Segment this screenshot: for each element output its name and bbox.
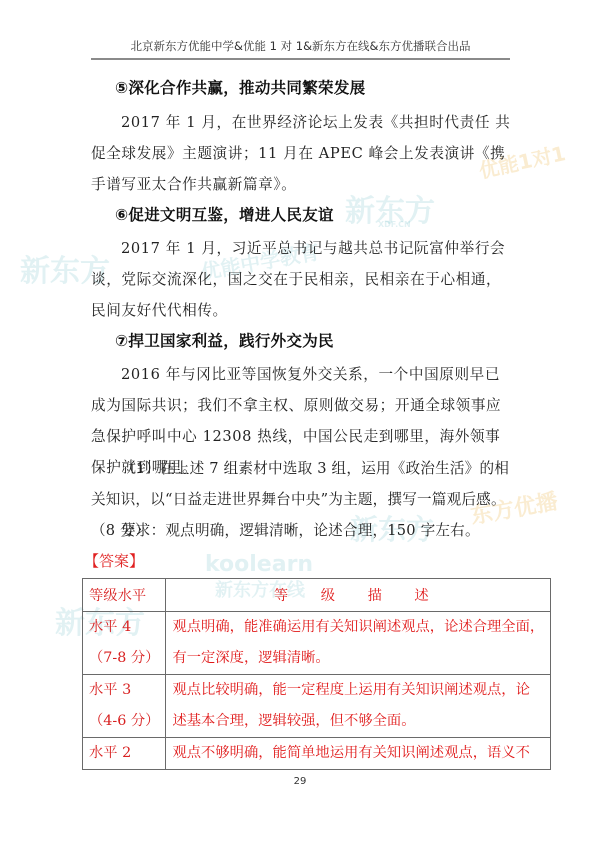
description-cell: 观点明确，能准确运用有关知识阐述观点，论述合理全面， 有一定深度，逻辑清晰。	[166, 612, 551, 675]
section-heading-7: ⑦捍卫国家利益，践行外交为民	[115, 329, 334, 351]
level-name: 水平 4	[89, 612, 159, 643]
header-level: 等级水平	[83, 579, 166, 612]
level-score: （7-8 分）	[89, 643, 159, 674]
table-row: 水平 4 （7-8 分） 观点明确，能准确运用有关知识阐述观点，论述合理全面， …	[83, 612, 551, 675]
description-line: 观点明确，能准确运用有关知识阐述观点，论述合理全面，	[172, 612, 544, 643]
level-name: 水平 2	[89, 738, 159, 769]
description-line: 有一定深度，逻辑清晰。	[172, 643, 544, 674]
section-body-5: 2017 年 1 月，在世界经济论坛上发表《共担时代责任 共促全球发展》主题演讲…	[91, 107, 515, 200]
grading-table: 等级水平 等 级 描 述 水平 4 （7-8 分） 观点明确，能准确运用有关知识…	[82, 578, 551, 770]
level-name: 水平 3	[89, 675, 159, 706]
level-cell: 水平 3 （4-6 分）	[83, 675, 166, 738]
description-line: 观点不够明确，能简单地运用有关知识阐述观点，语义不	[172, 738, 544, 769]
description-line: 观点比较明确，能一定程度上运用有关知识阐述观点，论	[172, 675, 544, 706]
watermark-xdf-cn: XDF.CN	[378, 220, 411, 229]
section-body-6: 2017 年 1 月，习近平总书记与越共总书记阮富仲举行会谈，党际交流深化，国之…	[91, 233, 515, 326]
level-score: （4-6 分）	[89, 706, 159, 737]
section-heading-5: ⑤深化合作共赢，推动共同繁荣发展	[115, 76, 365, 98]
table-row: 水平 2 观点不够明确，能简单地运用有关知识阐述观点，语义不	[83, 738, 551, 770]
question-requirement: 要求：观点明确，逻辑清晰，论述合理，150 字左右。	[91, 515, 515, 546]
page-header: 北京新东方优能中学&优能 1 对 1&新东方在线&东方优播联合出品	[91, 38, 510, 54]
description-line: 述基本合理，逻辑较强，但不够全面。	[172, 706, 544, 737]
section-heading-6: ⑥促进文明互鉴，增进人民友谊	[115, 203, 334, 225]
table-row: 水平 3 （4-6 分） 观点比较明确，能一定程度上运用有关知识阐述观点，论 述…	[83, 675, 551, 738]
table-header-row: 等级水平 等 级 描 述	[83, 579, 551, 612]
answer-label: 【答案】	[84, 550, 144, 571]
header-rule	[91, 58, 510, 60]
level-cell: 水平 2	[83, 738, 166, 770]
description-cell: 观点不够明确，能简单地运用有关知识阐述观点，语义不	[166, 738, 551, 770]
level-cell: 水平 4 （7-8 分）	[83, 612, 166, 675]
watermark-koolearn: koolearn	[205, 552, 313, 577]
description-cell: 观点比较明确，能一定程度上运用有关知识阐述观点，论 述基本合理，逻辑较强，但不够…	[166, 675, 551, 738]
page-number: 29	[0, 776, 600, 787]
header-description: 等 级 描 述	[166, 579, 551, 612]
